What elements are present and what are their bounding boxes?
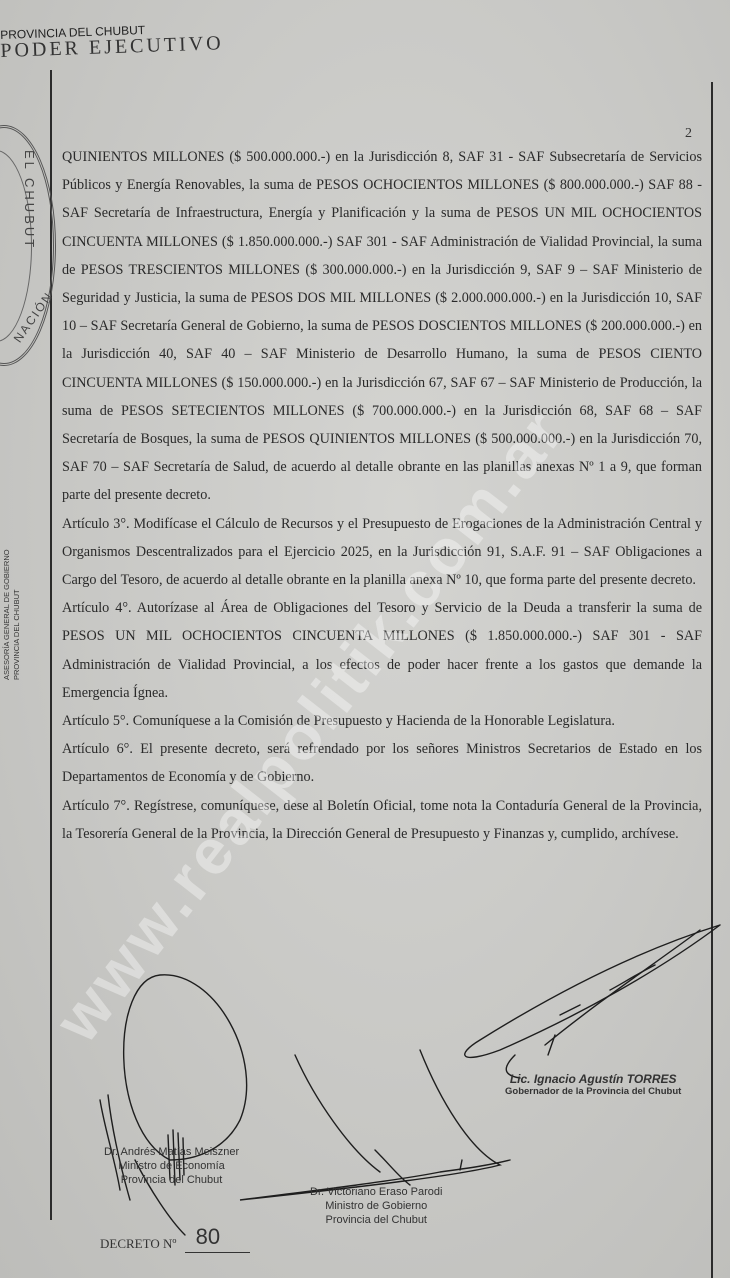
economy-minister-province: Provincia del Chubut [104,1173,239,1187]
right-margin-rule [711,82,713,1278]
government-minister-name: Dr. Victoriano Eraso Parodi [310,1185,442,1199]
decree-number: 80 [196,1224,220,1249]
decree-number-line: DECRETO Nº 80 [100,1228,220,1254]
decree-underline [185,1252,250,1253]
article-text: Autorízase al Área de Obligaciones del T… [62,600,702,701]
governor-role: Gobernador de la Provincia del Chubut [505,1086,681,1097]
article-5: Artículo 5°. Comuníquese a la Comisión d… [62,707,702,735]
article-text: Modifícase el Cálculo de Recursos y el P… [62,516,702,588]
side-stamp-line1: ASESORÍA GENERAL DE GOBIERNO [2,549,11,680]
government-minister-role: Ministro de Gobierno [310,1199,442,1213]
signature-block-economy-minister: Dr. Andrés Matías Meiszner Ministro de E… [104,1145,239,1187]
side-stamp: ASESORÍA GENERAL DE GOBIERNO PROVINCIA D… [2,545,32,680]
decree-body: QUINIENTOS MILLONES ($ 500.000.000.-) en… [62,143,702,848]
article-label: Artículo 6°. [62,741,133,757]
article-label: Artículo 7°. [62,798,130,814]
article-label: Artículo 4°. [62,600,132,616]
article-text: Regístrese, comuníquese, dese al Boletín… [62,798,702,842]
side-stamp-line2: PROVINCIA DEL CHUBUT [12,589,21,680]
article-4: Artículo 4°. Autorízase al Área de Oblig… [62,594,702,707]
article-text: El presente decreto, será refrendado por… [62,741,702,785]
government-minister-province: Provincia del Chubut [310,1213,442,1227]
page-number: 2 [685,126,692,142]
signature-meiszner-stroke [124,975,247,1160]
signature-torres-stroke [465,925,720,1057]
seal-text-top: EL CHUBUT [22,150,37,250]
signature-block-governor: Lic. Ignacio Agustín TORRES Gobernador d… [505,1072,681,1097]
article-text: Comuníquese a la Comisión de Presupuesto… [133,713,615,729]
economy-minister-name: Dr. Andrés Matías Meiszner [104,1145,239,1159]
article-7: Artículo 7°. Regístrese, comuníquese, de… [62,792,702,848]
economy-minister-role: Ministro de Economía [104,1159,239,1173]
article-6: Artículo 6°. El presente decreto, será r… [62,735,702,791]
article-label: Artículo 3°. [62,516,130,532]
decree-label: DECRETO Nº [100,1236,176,1251]
signature-parodi-stroke [295,1055,380,1172]
signature-block-government-minister: Dr. Victoriano Eraso Parodi Ministro de … [310,1185,442,1227]
governor-name: Lic. Ignacio Agustín TORRES [505,1072,681,1086]
article-label: Artículo 5°. [62,713,129,729]
article-3: Artículo 3°. Modifícase el Cálculo de Re… [62,510,702,595]
continuation-paragraph: QUINIENTOS MILLONES ($ 500.000.000.-) en… [62,143,702,510]
